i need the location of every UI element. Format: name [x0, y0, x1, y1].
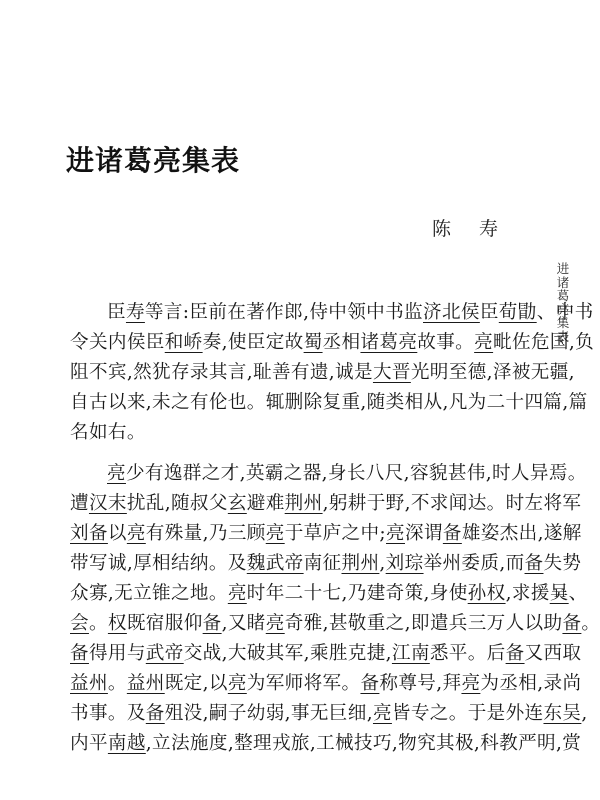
- text-segment: 自古以来,未之有伦也。辄删除复重,随类相从,凡为二十四篇,篇: [70, 392, 588, 413]
- body-text: 臣寿等言:臣前在著作郎,侍中领中书监济北侯臣荀勖、中书令关内侯臣和峤奏,使臣定故…: [70, 298, 544, 759]
- proper-noun: 备: [443, 523, 462, 544]
- text-line: 益州。益州既定,以亮为军师将军。备称尊号,拜亮为丞相,录尚: [70, 669, 544, 699]
- author-name: 陈寿: [432, 214, 498, 241]
- proper-noun: 备: [525, 553, 544, 574]
- text-line: 众寡,无立锥之地。亮时年二十七,乃建奇策,身使孙权,求援吴、: [70, 579, 544, 609]
- proper-noun: 江南: [392, 643, 430, 664]
- text-segment: 时年二十七,乃建奇策,身使: [247, 583, 468, 604]
- proper-noun: 亮: [107, 463, 126, 484]
- text-line: 刘备以亮有殊量,乃三顾亮于草庐之中;亮深谓备雄姿杰出,遂解: [70, 519, 544, 549]
- proper-noun: 会: [70, 613, 89, 634]
- text-segment: 。: [581, 613, 600, 634]
- proper-noun: 荆州: [342, 553, 380, 574]
- page-title: 进诸葛亮集表: [66, 139, 240, 179]
- text-segment: 雄姿杰出,遂解: [462, 523, 582, 544]
- text-segment: 少有逸群之才,英霸之器,身长八尺,容貌甚伟,时人异焉。: [126, 463, 587, 484]
- text-line: 自古以来,未之有伦也。辄删除复重,随类相从,凡为二十四篇,篇: [70, 388, 544, 418]
- proper-noun: 魏武帝: [247, 553, 304, 574]
- text-segment: 光明至德,泽被无疆,: [411, 362, 575, 383]
- proper-noun: 南越: [108, 733, 146, 754]
- text-segment: 称尊号,拜: [379, 673, 461, 694]
- proper-noun: 蜀: [304, 332, 323, 353]
- proper-noun: 武帝: [146, 643, 184, 664]
- proper-noun: 亮: [373, 703, 392, 724]
- proper-noun: 诸葛亮: [360, 332, 417, 353]
- text-segment: 书事。及: [70, 703, 146, 724]
- text-segment: 既宿服仰: [127, 613, 203, 634]
- text-segment: 又西取: [525, 643, 582, 664]
- text-segment: 失势: [543, 553, 581, 574]
- proper-noun: 东吴: [543, 703, 581, 724]
- proper-noun: 亮: [474, 332, 493, 353]
- proper-noun: 亮: [386, 523, 405, 544]
- proper-noun: 亮: [461, 673, 480, 694]
- text-segment: 臣: [107, 302, 126, 323]
- proper-noun: 备: [203, 613, 222, 634]
- text-segment: 举州委质,而: [424, 553, 525, 574]
- proper-noun: 亮: [266, 613, 285, 634]
- proper-noun: 和峤: [165, 332, 203, 353]
- text-segment: 丞相: [323, 332, 361, 353]
- text-segment: 众寡,无立锥之地。: [70, 583, 228, 604]
- text-line: 名如右。: [70, 418, 544, 448]
- text-segment: 皆专之。于是外连: [392, 703, 544, 724]
- text-segment: 扰乱,随叔父: [127, 493, 228, 514]
- text-line: 会。权既宿服仰备,又睹亮奇雅,甚敬重之,即遣兵三万人以助备。: [70, 609, 544, 639]
- text-line: 臣寿等言:臣前在著作郎,侍中领中书监济北侯臣荀勖、中书: [70, 298, 544, 328]
- text-segment: 得用与: [89, 643, 146, 664]
- proper-noun: 权: [108, 613, 127, 634]
- text-segment: 带写诚,厚相结纳。及: [70, 553, 247, 574]
- text-line: 遭汉末扰乱,随叔父玄避难荆州,躬耕于野,不求闻达。时左将军: [70, 489, 544, 519]
- text-segment: 阻不宾,然犹存录其言,耻善有遗,诚是: [70, 362, 373, 383]
- author-given-surname: 陈: [432, 214, 451, 241]
- text-segment: 既定,以: [165, 673, 228, 694]
- text-segment: 毗佐危国,负: [493, 332, 594, 353]
- text-segment: ,立法施度,整理戎旅,工械技巧,物究其极,科教严明,赏: [146, 733, 581, 754]
- proper-noun: 备: [146, 703, 165, 724]
- text-segment: 等言:臣前在著作郎,侍中领中书监: [145, 302, 423, 323]
- text-line: 亮少有逸群之才,英霸之器,身长八尺,容貌甚伟,时人异焉。: [70, 459, 544, 489]
- proper-noun: 玄: [228, 493, 247, 514]
- text-segment: 悉平。后: [430, 643, 506, 664]
- text-line: 阻不宾,然犹存录其言,耻善有遗,诚是大晋光明至德,泽被无疆,: [70, 358, 544, 388]
- proper-noun: 亮: [228, 583, 247, 604]
- text-segment: ,求援: [506, 583, 550, 604]
- text-segment: 、中书: [537, 302, 594, 323]
- proper-noun: 益州: [70, 673, 108, 694]
- text-segment: 奏,使臣定故: [203, 332, 304, 353]
- text-segment: 殂没,嗣子幼弱,事无巨细,: [165, 703, 373, 724]
- proper-noun: 亮: [266, 523, 285, 544]
- proper-noun: 寿: [126, 302, 145, 323]
- proper-noun: 吴: [550, 583, 569, 604]
- text-segment: 。: [108, 673, 127, 694]
- text-line: 书事。及备殂没,嗣子幼弱,事无巨细,亮皆专之。于是外连东吴,: [70, 699, 544, 729]
- proper-noun: 刘备: [70, 523, 108, 544]
- text-segment: 。: [89, 613, 108, 634]
- text-segment: 于草庐之中;: [285, 523, 386, 544]
- text-line: 令关内侯臣和峤奏,使臣定故蜀丞相诸葛亮故事。亮毗佐危国,负: [70, 328, 544, 358]
- proper-noun: 备: [506, 643, 525, 664]
- text-segment: ,躬耕于野,不求闻达。时左将军: [323, 493, 582, 514]
- proper-noun: 备: [360, 673, 379, 694]
- text-segment: 为丞相,录尚: [480, 673, 581, 694]
- proper-noun: 亮: [228, 673, 247, 694]
- proper-noun: 孙权: [468, 583, 506, 604]
- proper-noun: 荀勖: [499, 302, 537, 323]
- text-segment: ,又睹: [222, 613, 266, 634]
- proper-noun: 大晋: [373, 362, 411, 383]
- proper-noun: 济北侯: [423, 302, 480, 323]
- text-segment: 有殊量,乃三顾: [146, 523, 266, 544]
- author-given-name: 寿: [479, 214, 498, 241]
- text-segment: 遭: [70, 493, 89, 514]
- proper-noun: 备: [562, 613, 581, 634]
- text-line: 内平南越,立法施度,整理戎旅,工械技巧,物究其极,科教严明,赏: [70, 729, 544, 759]
- proper-noun: 刘琮: [386, 553, 424, 574]
- text-segment: 以: [108, 523, 127, 544]
- text-line: 备得用与武帝交战,大破其军,乘胜克捷,江南悉平。后备又西取: [70, 639, 544, 669]
- proper-noun: 汉末: [89, 493, 127, 514]
- proper-noun: 益州: [127, 673, 165, 694]
- text-line: 带写诚,厚相结纳。及魏武帝南征荆州,刘琮举州委质,而备失势: [70, 549, 544, 579]
- proper-noun: 备: [70, 643, 89, 664]
- text-segment: 为军师将军。: [247, 673, 361, 694]
- text-segment: 内平: [70, 733, 108, 754]
- text-segment: 令关内侯臣: [70, 332, 165, 353]
- text-segment: 故事。: [417, 332, 474, 353]
- text-segment: 避难: [247, 493, 285, 514]
- text-segment: 臣: [480, 302, 499, 323]
- text-segment: 奇雅,甚敬重之,即遣兵三万人以助: [285, 613, 563, 634]
- text-segment: 名如右。: [70, 422, 146, 443]
- text-segment: 深谓: [405, 523, 443, 544]
- text-segment: 、: [569, 583, 588, 604]
- text-segment: 交战,大破其军,乘胜克捷,: [184, 643, 392, 664]
- proper-noun: 荆州: [285, 493, 323, 514]
- text-segment: 南征: [304, 553, 342, 574]
- text-segment: ,: [581, 703, 587, 724]
- proper-noun: 亮: [127, 523, 146, 544]
